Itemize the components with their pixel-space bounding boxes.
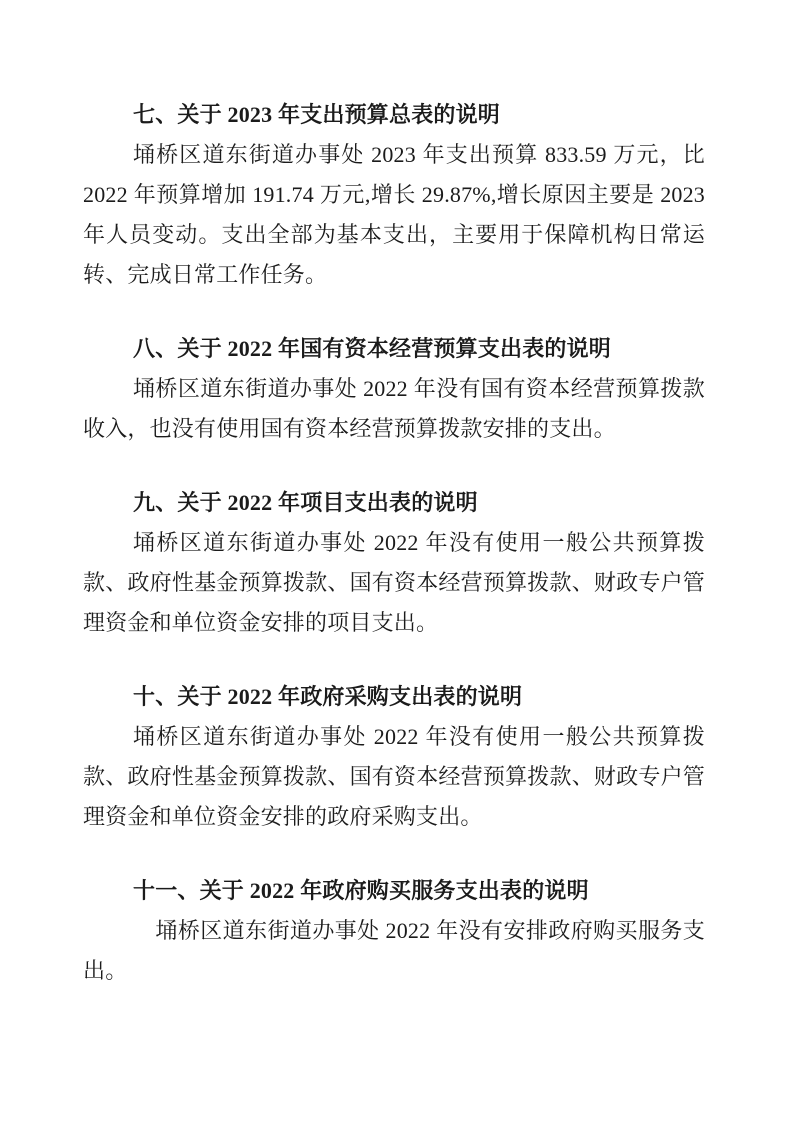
section-paragraph: 埇桥区道东街道办事处 2022 年没有安排政府购买服务支出。: [83, 911, 705, 991]
section-paragraph: 埇桥区道东街道办事处 2023 年支出预算 833.59 万元，比 2022 年…: [83, 135, 705, 295]
section-heading: 九、关于 2022 年项目支出表的说明: [83, 483, 705, 523]
section-paragraph: 埇桥区道东街道办事处 2022 年没有国有资本经营预算拨款收入，也没有使用国有资…: [83, 369, 705, 449]
section-heading: 十、关于 2022 年政府采购支出表的说明: [83, 677, 705, 717]
section-heading: 七、关于 2023 年支出预算总表的说明: [83, 95, 705, 135]
section-heading: 十一、关于 2022 年政府购买服务支出表的说明: [83, 871, 705, 911]
section-heading: 八、关于 2022 年国有资本经营预算支出表的说明: [83, 329, 705, 369]
document-section: 七、关于 2023 年支出预算总表的说明埇桥区道东街道办事处 2023 年支出预…: [83, 95, 705, 295]
section-paragraph: 埇桥区道东街道办事处 2022 年没有使用一般公共预算拨款、政府性基金预算拨款、…: [83, 717, 705, 837]
document-section: 八、关于 2022 年国有资本经营预算支出表的说明埇桥区道东街道办事处 2022…: [83, 329, 705, 449]
document-page: 七、关于 2023 年支出预算总表的说明埇桥区道东街道办事处 2023 年支出预…: [0, 0, 793, 1122]
document-body: 七、关于 2023 年支出预算总表的说明埇桥区道东街道办事处 2023 年支出预…: [83, 95, 705, 991]
section-paragraph: 埇桥区道东街道办事处 2022 年没有使用一般公共预算拨款、政府性基金预算拨款、…: [83, 523, 705, 643]
document-section: 九、关于 2022 年项目支出表的说明埇桥区道东街道办事处 2022 年没有使用…: [83, 483, 705, 643]
document-section: 十、关于 2022 年政府采购支出表的说明埇桥区道东街道办事处 2022 年没有…: [83, 677, 705, 837]
document-section: 十一、关于 2022 年政府购买服务支出表的说明 埇桥区道东街道办事处 2022…: [83, 871, 705, 991]
